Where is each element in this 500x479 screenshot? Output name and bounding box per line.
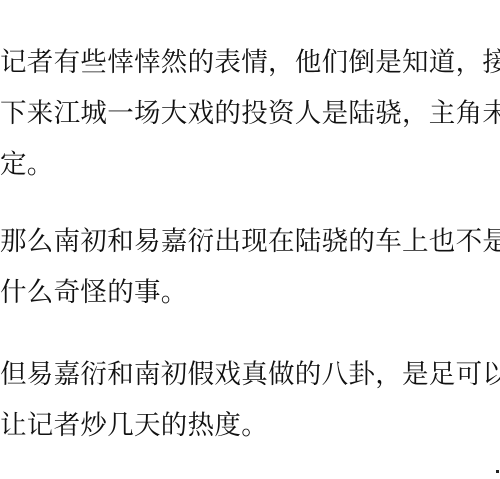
text-line: 让记者炒几天的热度。	[0, 400, 500, 451]
text-line: 但易嘉衍和南初假戏真做的八卦，是足可以	[0, 349, 500, 400]
stray-dot	[496, 470, 499, 473]
text-line: 定。	[0, 139, 500, 190]
text-line: 什么奇怪的事。	[0, 267, 500, 318]
text-line: 那么南初和易嘉衍出现在陆骁的车上也不是	[0, 216, 500, 267]
text-line: 下来江城一场大戏的投资人是陆骁，主角未	[0, 88, 500, 139]
paragraph-1: 记者有些悻悻然的表情，他们倒是知道，接 下来江城一场大戏的投资人是陆骁，主角未 …	[0, 37, 500, 190]
paragraph-3: 但易嘉衍和南初假戏真做的八卦，是足可以 让记者炒几天的热度。	[0, 349, 500, 451]
text-line: 记者有些悻悻然的表情，他们倒是知道，接	[0, 37, 500, 88]
paragraph-2: 那么南初和易嘉衍出现在陆骁的车上也不是 什么奇怪的事。	[0, 216, 500, 318]
